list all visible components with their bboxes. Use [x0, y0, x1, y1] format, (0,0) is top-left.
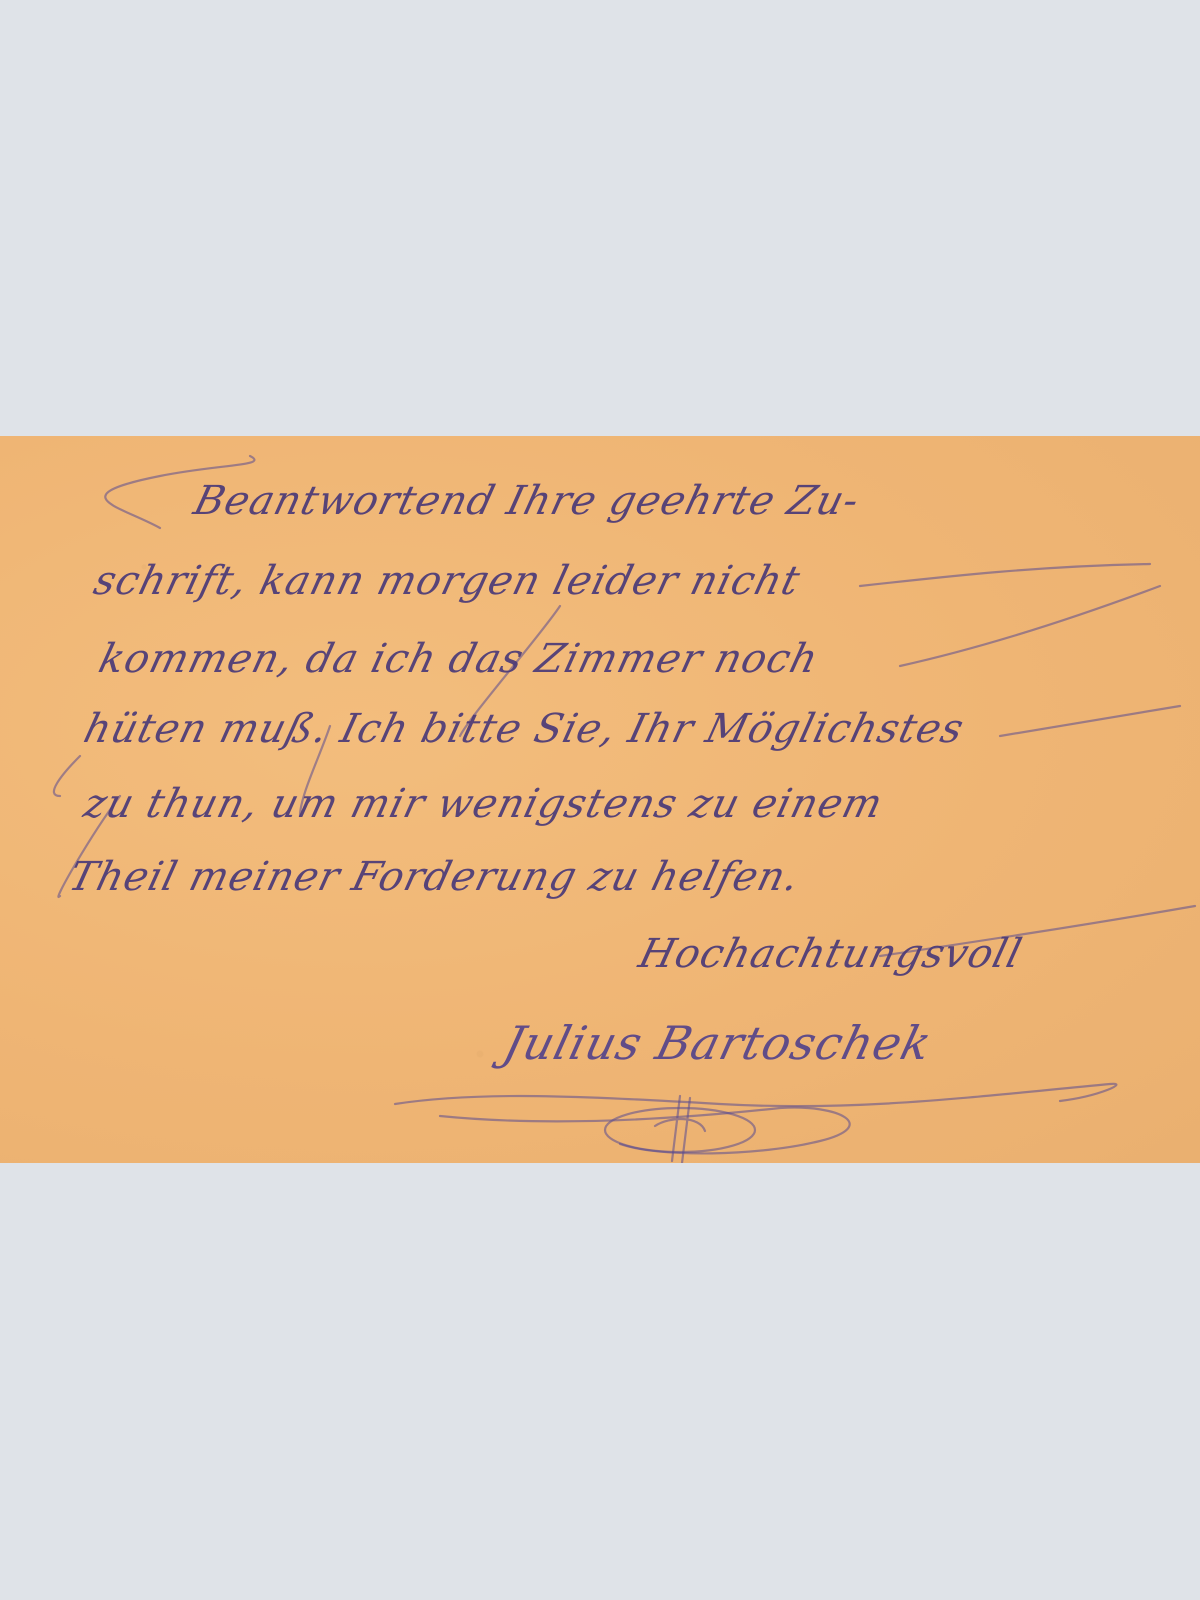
document-viewer: Beantwortend Ihre geehrte Zu- schrift, k…: [0, 0, 1200, 1600]
signature: Julius Bartoschek: [498, 1016, 937, 1070]
body-line-6: Theil meiner Forderung zu helfen.: [64, 854, 804, 900]
body-line-4: hüten muß. Ich bitte Sie, Ihr Möglichste…: [79, 706, 969, 752]
postcard: Beantwortend Ihre geehrte Zu- schrift, k…: [0, 436, 1200, 1163]
body-line-1: Beantwortend Ihre geehrte Zu-: [189, 478, 864, 524]
handwritten-text: Beantwortend Ihre geehrte Zu- schrift, k…: [0, 436, 1200, 1163]
body-line-5: zu thun, um mir wenigstens zu einem: [79, 781, 888, 827]
body-line-3: kommen, da ich das Zimmer noch: [94, 636, 823, 682]
closing-salutation: Hochachtungsvoll: [634, 931, 1027, 977]
body-line-2: schrift, kann morgen leider nicht: [89, 558, 805, 604]
